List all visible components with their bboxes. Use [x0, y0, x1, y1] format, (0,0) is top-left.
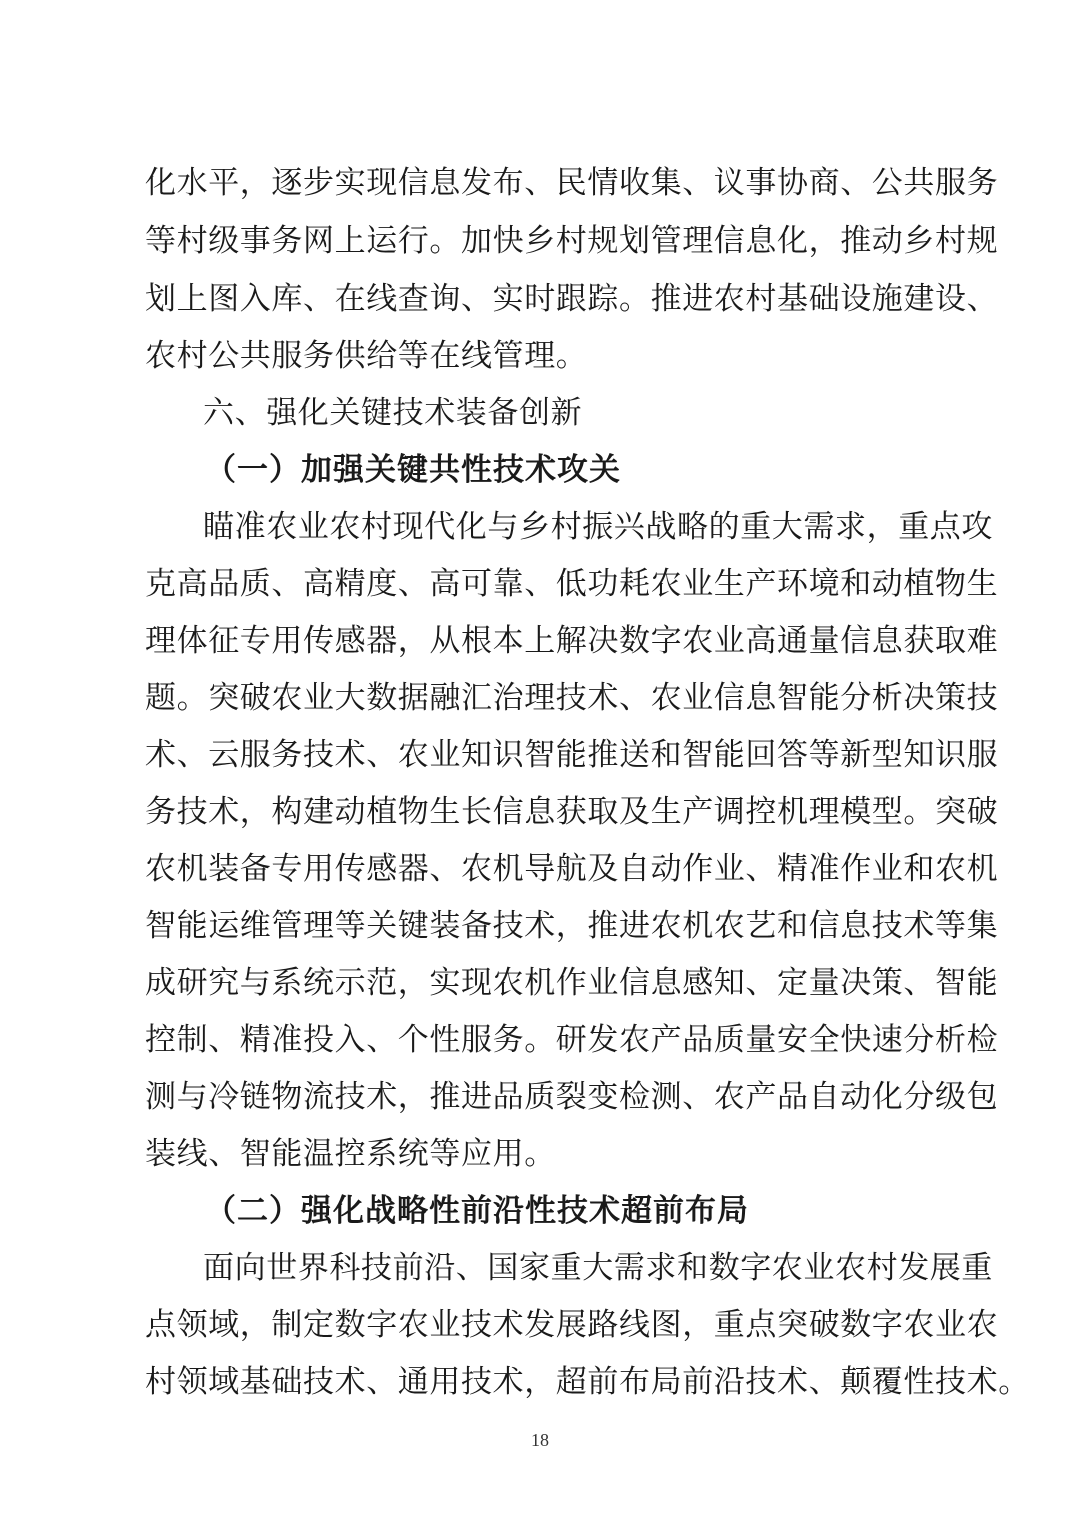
document-page: 化水平，逐步实现信息发布、民情收集、议事协商、公共服务 等村级事务网上运行。加快…	[0, 0, 1080, 1527]
body-text-line: 成研究与系统示范，实现农机作业信息感知、定量决策、智能	[145, 963, 945, 1003]
subsection-heading: （二）强化战略性前沿性技术超前布局	[205, 1191, 1005, 1231]
body-text-line: 智能运维管理等关键装备技术，推进农机农艺和信息技术等集	[145, 906, 945, 946]
body-text-line: 村领域基础技术、通用技术，超前布局前沿技术、颠覆性技术。	[145, 1362, 945, 1402]
body-text-line: 题。突破农业大数据融汇治理技术、农业信息智能分析决策技	[145, 678, 945, 718]
body-text-line: 理体征专用传感器，从根本上解决数字农业高通量信息获取难	[145, 621, 945, 661]
body-text-line: 农机装备专用传感器、农机导航及自动作业、精准作业和农机	[145, 849, 945, 889]
body-text-line: 术、云服务技术、农业知识智能推送和智能回答等新型知识服	[145, 735, 945, 775]
body-text-line: 化水平，逐步实现信息发布、民情收集、议事协商、公共服务	[145, 163, 945, 203]
body-text-line: 等村级事务网上运行。加快乡村规划管理信息化，推动乡村规	[145, 221, 945, 261]
page-number: 18	[0, 1430, 1080, 1451]
body-text-line: 农村公共服务供给等在线管理。	[145, 336, 945, 376]
body-text-line: 瞄准农业农村现代化与乡村振兴战略的重大需求，重点攻	[203, 507, 945, 547]
section-heading: 六、强化关键技术装备创新	[203, 393, 945, 433]
subsection-heading: （一）加强关键共性技术攻关	[205, 450, 1005, 490]
body-text-line: 点领域，制定数字农业技术发展路线图，重点突破数字农业农	[145, 1305, 945, 1345]
body-text-line: 务技术，构建动植物生长信息获取及生产调控机理模型。突破	[145, 792, 945, 832]
body-text-line: 装线、智能温控系统等应用。	[145, 1134, 945, 1174]
body-text-line: 控制、精准投入、个性服务。研发农产品质量安全快速分析检	[145, 1020, 945, 1060]
body-text-line: 克高品质、高精度、高可靠、低功耗农业生产环境和动植物生	[145, 564, 945, 604]
body-text-line: 面向世界科技前沿、国家重大需求和数字农业农村发展重	[203, 1248, 945, 1288]
body-text-line: 测与冷链物流技术，推进品质裂变检测、农产品自动化分级包	[145, 1077, 945, 1117]
body-text-line: 划上图入库、在线查询、实时跟踪。推进农村基础设施建设、	[145, 279, 945, 319]
